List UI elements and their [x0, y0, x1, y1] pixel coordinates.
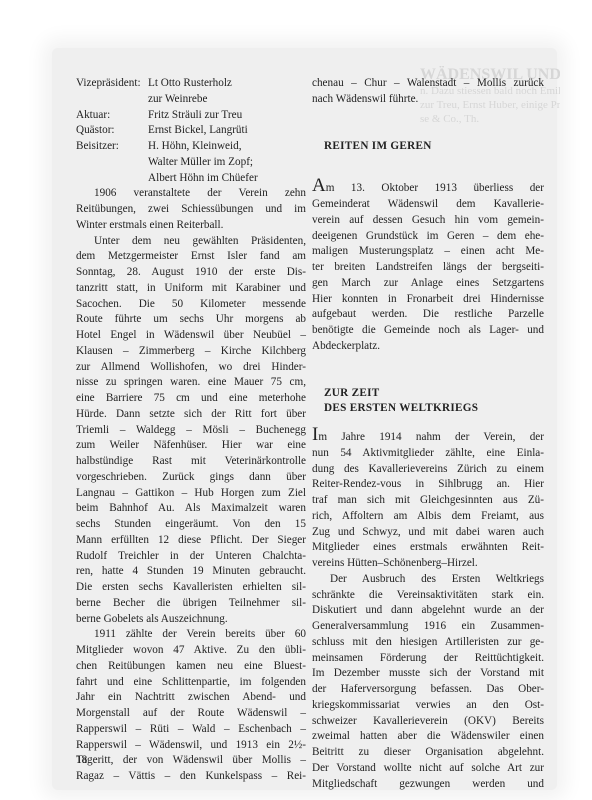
text-line: halbstündige Rast mit Veterinärkontrolle	[76, 454, 306, 470]
roster-name: H. Höhn, Kleinweid,	[148, 139, 306, 155]
text-line: tanzritt statt, in Uniform mit Karabiner…	[76, 281, 306, 297]
text-line: zur Allmend Wollishofen, wo drei Hinder-	[76, 360, 306, 376]
roster-role: Quästor:	[76, 123, 148, 139]
text-line: Hürde. Dann setzte sich der Ritt fort üb…	[76, 407, 306, 423]
text-line: benötigte die Gemeinde noch als Lager- u…	[312, 323, 544, 339]
text-line: Beitritt zu dieser Organisation abgelehn…	[312, 745, 544, 761]
text-line: Die ersten sechs Kavalleristen erhielten…	[76, 580, 306, 596]
text-line: deeigenen Grundstück im Geren – dem ehe-	[312, 229, 544, 245]
text-line: Abdeckerplatz.	[312, 339, 544, 355]
text-line: Rapperswil – Wädenswil, und 1913 ein 2½-	[76, 738, 306, 754]
text-line: Mitgliedschaft gezwungen werden und	[312, 777, 544, 793]
text-line: Reiter-Rendez-vous in Sihlbrugg an. Hier	[312, 477, 544, 493]
section-heading-reiten-im-geren: REITEN IM GEREN	[324, 139, 544, 155]
left-column: Vizepräsident: Lt Otto Rusterholz zur We…	[76, 76, 306, 785]
text-line: Diskutiert und dann abgelehnt wurde an d…	[312, 603, 544, 619]
text-line: Der Vorstand wollte nicht auf solche Art…	[312, 761, 544, 777]
text-line: Tageritt, der von Wädenswil über Mollis …	[76, 753, 306, 769]
text-line: Klausen – Zimmerberg – Kirche Kilchberg	[76, 344, 306, 360]
text-line: schränkte die Vereinsaktivitäten stark e…	[312, 588, 544, 604]
section-heading-zur-zeit: ZUR ZEIT	[324, 386, 544, 402]
text-line: Sacochen. Die 50 Kilometer messende	[76, 297, 306, 313]
text-line: dung des Kavallerievereins Zürich zu ein…	[312, 462, 544, 478]
text-line: Hier konnten in Fronarbeit drei Hinderni…	[312, 292, 544, 308]
text-line: gen March zur Anlage eines Setzgartens	[312, 276, 544, 292]
text-line: Am 13. Oktober 1913 überliess der	[312, 178, 544, 197]
text-line: Unter dem neu gewählten Präsidenten,	[76, 234, 306, 250]
text-line: Jahr ein Nachtritt zwischen Abend- und	[76, 690, 306, 706]
page-number: 18	[76, 754, 87, 766]
text-line: Mann erfüllten 12 diese Pflicht. Der Sie…	[76, 533, 306, 549]
text-line: Triemli – Waldegg – Mösli – Buchenegg	[76, 423, 306, 439]
text-line-rest: m Jahre 1914 nahm der Verein, der	[318, 431, 544, 443]
roster-name: Ernst Bickel, Langrüti	[148, 123, 306, 139]
text-line: nisse zu springen waren. eine Mauer 75 c…	[76, 375, 306, 391]
text-line: 1911 zählte der Verein bereits über 60	[76, 627, 306, 643]
text-line: Im Jahre 1914 nahm der Verein, der	[312, 427, 544, 446]
text-line: sechs Stunden eingeräumt. Von den 15	[76, 517, 306, 533]
roster-role: Beisitzer:	[76, 139, 148, 155]
roster-name: Fritz Sträuli zur Treu	[148, 108, 306, 124]
roster-name: Lt Otto Rusterholz	[148, 76, 306, 92]
text-line: Rapperswil – Rüti – Wald – Eschenbach –	[76, 722, 306, 738]
text-line: chen Reitübungen kamen neu eine Bluest-	[76, 659, 306, 675]
text-line: traf man sich mit Gleichgesinnten aus Zü…	[312, 493, 544, 509]
text-line: chenau – Chur – Walenstadt – Mollis zurü…	[312, 76, 544, 92]
text-line: vorgeschrieben. Zurück gings dann über	[76, 470, 306, 486]
text-line: zweimal hatten aber die Wädenswiler eine…	[312, 729, 544, 745]
text-line: Im Dezember musste sich der Vorstand mit	[312, 666, 544, 682]
text-line: Generalversammlung 1916 ein Zusammen-	[312, 619, 544, 635]
text-line-rest: m 13. Oktober 1913 überliess der	[326, 182, 544, 194]
text-line: schluss mit den hiesigen Artilleristen z…	[312, 635, 544, 651]
text-line: Hotel Engel in Wädenswil über Neubüel –	[76, 328, 306, 344]
text-line: Winter erstmals einen Reiterball.	[76, 218, 306, 234]
text-line: berne Becher die übrigen Teilnehmer sil-	[76, 596, 306, 612]
text-line: beim Bahnhof Au. Als Maximalzeit waren	[76, 501, 306, 517]
text-line: Ragaz – Vättis – den Kunkelspass – Rei-	[76, 769, 306, 785]
roster-name: Walter Müller im Zopf;	[148, 155, 306, 171]
roster-role: Vizepräsident:	[76, 76, 148, 92]
text-line: aufgebaut werden. Die restliche Parzelle	[312, 307, 544, 323]
text-line: vereins Hütten–Schönenberg–Hirzel.	[312, 556, 544, 572]
text-line: nach Wädenswil führte.	[312, 92, 544, 108]
section-heading-weltkrieg: DES ERSTEN WELTKRIEGS	[324, 401, 544, 417]
text-line: Rudolf Treichler in der Unteren Chalchta…	[76, 549, 306, 565]
roster-role: Aktuar:	[76, 108, 148, 124]
right-column: chenau – Chur – Walenstadt – Mollis zurü…	[312, 76, 544, 792]
text-line: ter breiten Landstreifen längs der bergs…	[312, 260, 544, 276]
text-line: verein auf dessen Gesuch hin vom gemein-	[312, 213, 544, 229]
text-line: Reitübungen, zwei Schiessübungen und im	[76, 202, 306, 218]
text-line: rich, Affoltern am Albis dem Freiamt, au…	[312, 509, 544, 525]
board-roster: Vizepräsident: Lt Otto Rusterholz zur We…	[76, 76, 306, 186]
text-line: Gemeinderat Wädenswil dem Kavallerie-	[312, 197, 544, 213]
roster-name: zur Weinrebe	[148, 92, 306, 108]
text-line: kriegskommissariat verwies an den Ost-	[312, 698, 544, 714]
text-line: der Haferversorgung befassen. Das Ober-	[312, 682, 544, 698]
text-line: maligen Musterungsplatz – einen acht Me-	[312, 244, 544, 260]
text-line: fahrt und eine Schlittenpartie, im folge…	[76, 675, 306, 691]
text-line: Mitglieder wovon 47 Aktive. Zu den übli-	[76, 643, 306, 659]
text-line: nun 54 Aktivmitglieder zählte, eine Einl…	[312, 446, 544, 462]
text-line: Langnau – Gattikon – Hub Horgen zum Ziel	[76, 486, 306, 502]
drop-cap: A	[312, 175, 326, 196]
text-line: dem Metzgermeister Ernst Isler fand am	[76, 249, 306, 265]
text-line: Route führte um sechs Uhr morgens ab	[76, 312, 306, 328]
text-line: ren, hatte 4 Stunden 19 Minuten gebrauch…	[76, 564, 306, 580]
text-line: schweizer Kavallerieverein (OKV) Bereits	[312, 714, 544, 730]
text-line: berne Gobelets als Auszeichnung.	[76, 612, 306, 628]
text-line: zum Weiler Näfenhüser. Hier war eine	[76, 438, 306, 454]
text-line: 1906 veranstaltete der Verein zehn	[76, 186, 306, 202]
text-line: Zug und Schwyz, und mit dabei waren auch	[312, 525, 544, 541]
text-line: Mitglieder eines erstmals erwähnten Reit…	[312, 540, 544, 556]
text-line: meinsamen Förderung der Reittüchtigkeit.	[312, 651, 544, 667]
text-line: Morgenstall auf der Route Wädenswil –	[76, 706, 306, 722]
text-line: eine Barriere 75 cm und eine meterhohe	[76, 391, 306, 407]
text-line: Der Ausbruch des Ersten Weltkriegs	[312, 572, 544, 588]
roster-name: Albert Höhn im Chüefer	[148, 171, 306, 187]
text-line: Sonntag, 28. August 1910 der erste Dis-	[76, 265, 306, 281]
